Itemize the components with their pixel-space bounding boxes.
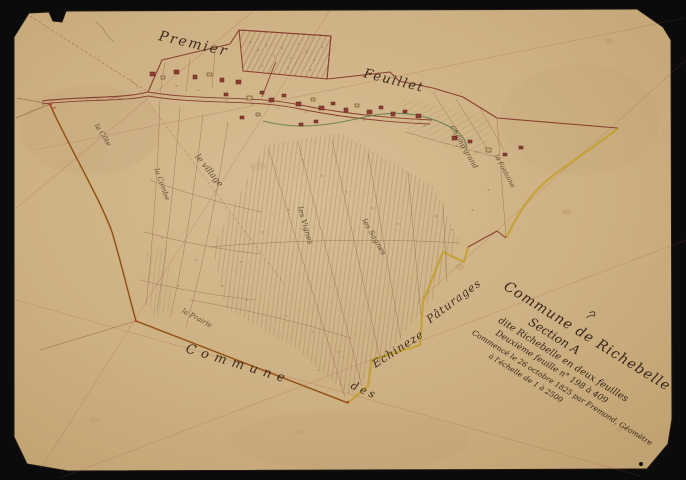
hatched-block-top <box>239 30 331 79</box>
scanned-cadastral-map: Premier Feuillet Commune des Echineze Pâ… <box>0 0 686 480</box>
map-canvas: Premier Feuillet Commune des Echineze Pâ… <box>0 0 686 480</box>
pin-hole <box>639 462 643 466</box>
